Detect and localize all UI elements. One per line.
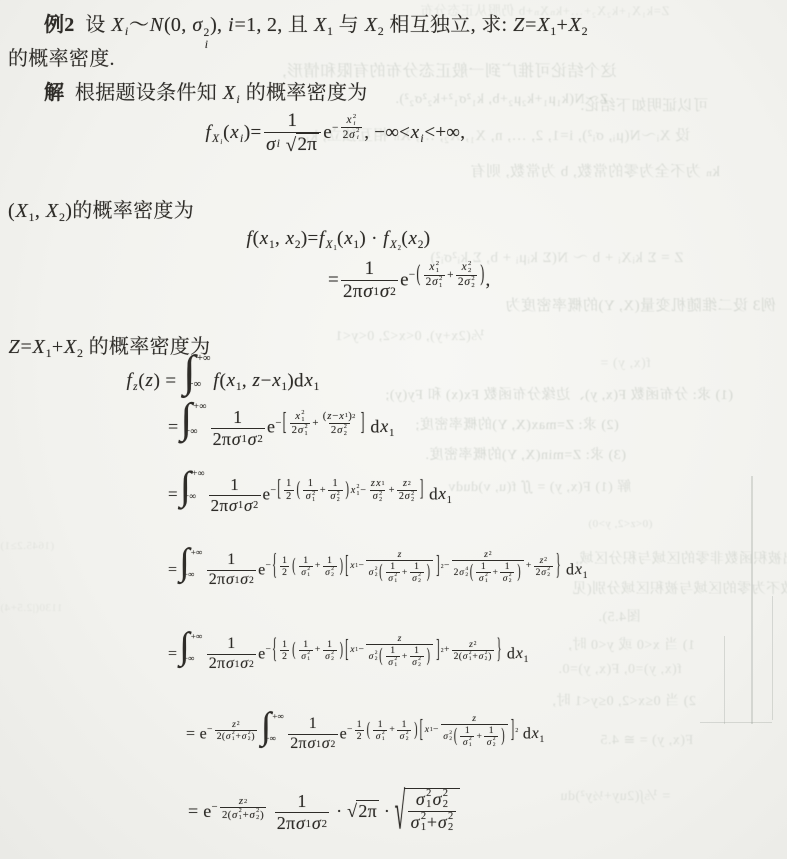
example-2-statement-line-2: 的概率密度. [8, 42, 115, 71]
para-joint-density-intro: (X1, X2)的概率密度为 [8, 194, 194, 223]
textbook-page: Z=k₁X₁+k₂X₂+…+kₙXₙ+b 仍服从正态分布这个结论可推广到一般正态… [0, 0, 787, 859]
formula-step-simplify: =∫+∞−∞12πσ1σ2e−{12(1σ21+1σ22)[x1−zσ22(1σ… [168, 632, 529, 674]
formula-step-expand: =∫+∞−∞12πσ1σ2e−[12(1σ21+1σ22)x21−zx1σ22+… [168, 470, 452, 516]
solution-intro-line: 解 根据题设条件知 Xi 的概率密度为 [44, 76, 368, 105]
content-layer: 例2 设 Xi～N(0, σ2i), i=1, 2, 且 X1 与 X2 相互独… [0, 0, 787, 859]
formula-step-complete-square: =∫+∞−∞12πσ1σ2e−{12(1σ21+1σ22)[x1−zσ22(1σ… [168, 548, 588, 590]
radical-icon: √ [395, 785, 406, 837]
formula-density-xi: fXi(xi)=1σi √2πe−x2i2σ2i, −∞<xi<+∞, [205, 110, 465, 157]
formula-step-factor-out: = e−z22(σ21+σ22)∫+∞−∞12πσ1σ2e−12(1σ21+1σ… [186, 712, 545, 754]
formula-final-gaussian-integral: = e−z22(σ21+σ22) 12πσ1σ2 · √2π · √σ21σ22… [188, 788, 460, 835]
example-2-statement-line-1: 例2 设 Xi～N(0, σ2i), i=1, 2, 且 X1 与 X2 相互独… [44, 8, 588, 51]
formula-joint-density-expanded: =12πσ1σ2e−(x212σ21+x222σ22), [328, 258, 491, 304]
formula-fz-definition: fz(z) = ∫+∞−∞f(x1, z−x1)dx1 [126, 354, 320, 394]
formula-step-substitute: =∫+∞−∞12πσ1σ2e−[x212σ21+(z−x1)22σ22] dx1 [168, 402, 395, 450]
formula-joint-density-product: f(x1, x2)=fX1(x1) · fX2(x2) [246, 228, 430, 253]
